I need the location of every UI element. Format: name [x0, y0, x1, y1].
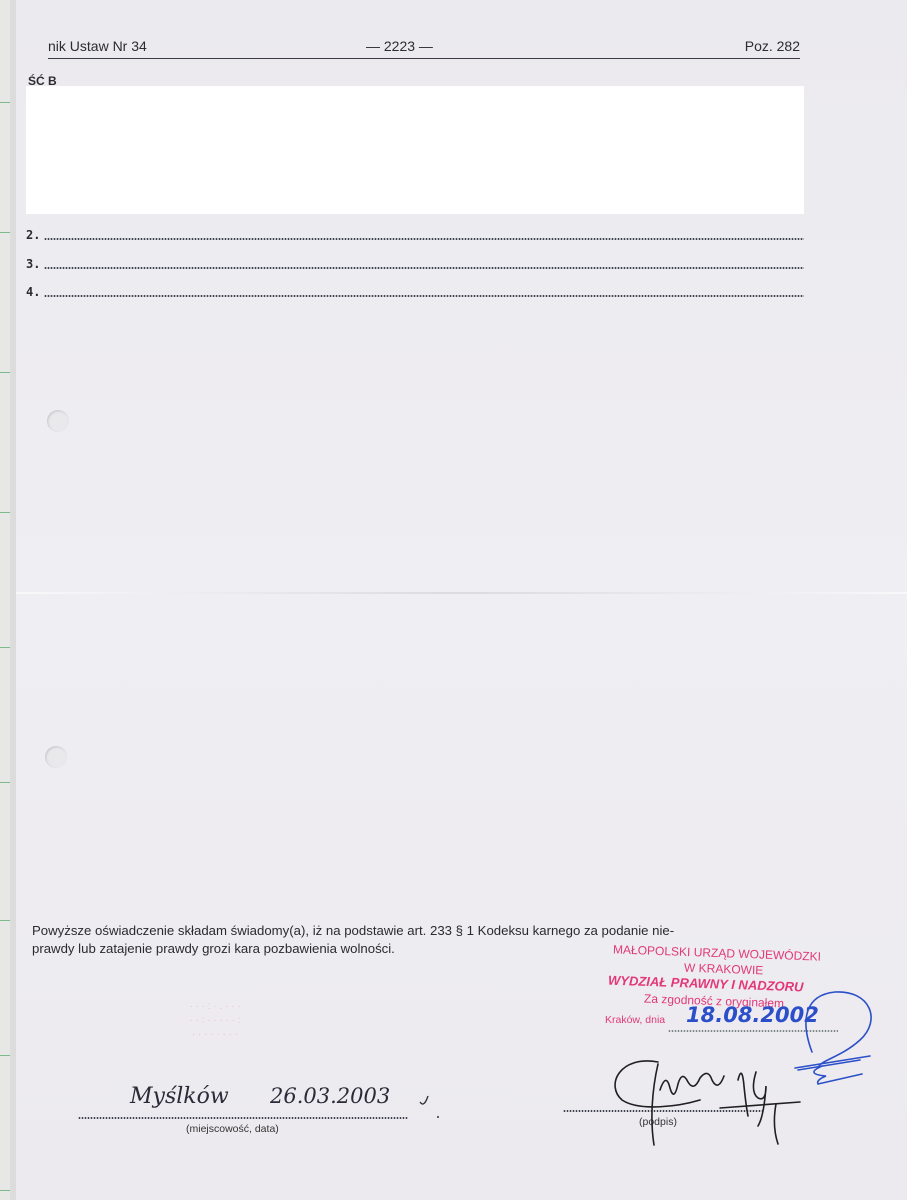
blue-paraph-icon — [795, 992, 871, 1084]
ink-marks — [0, 0, 907, 1200]
check-mark-icon — [420, 1096, 428, 1104]
signature-icon — [615, 1061, 800, 1145]
